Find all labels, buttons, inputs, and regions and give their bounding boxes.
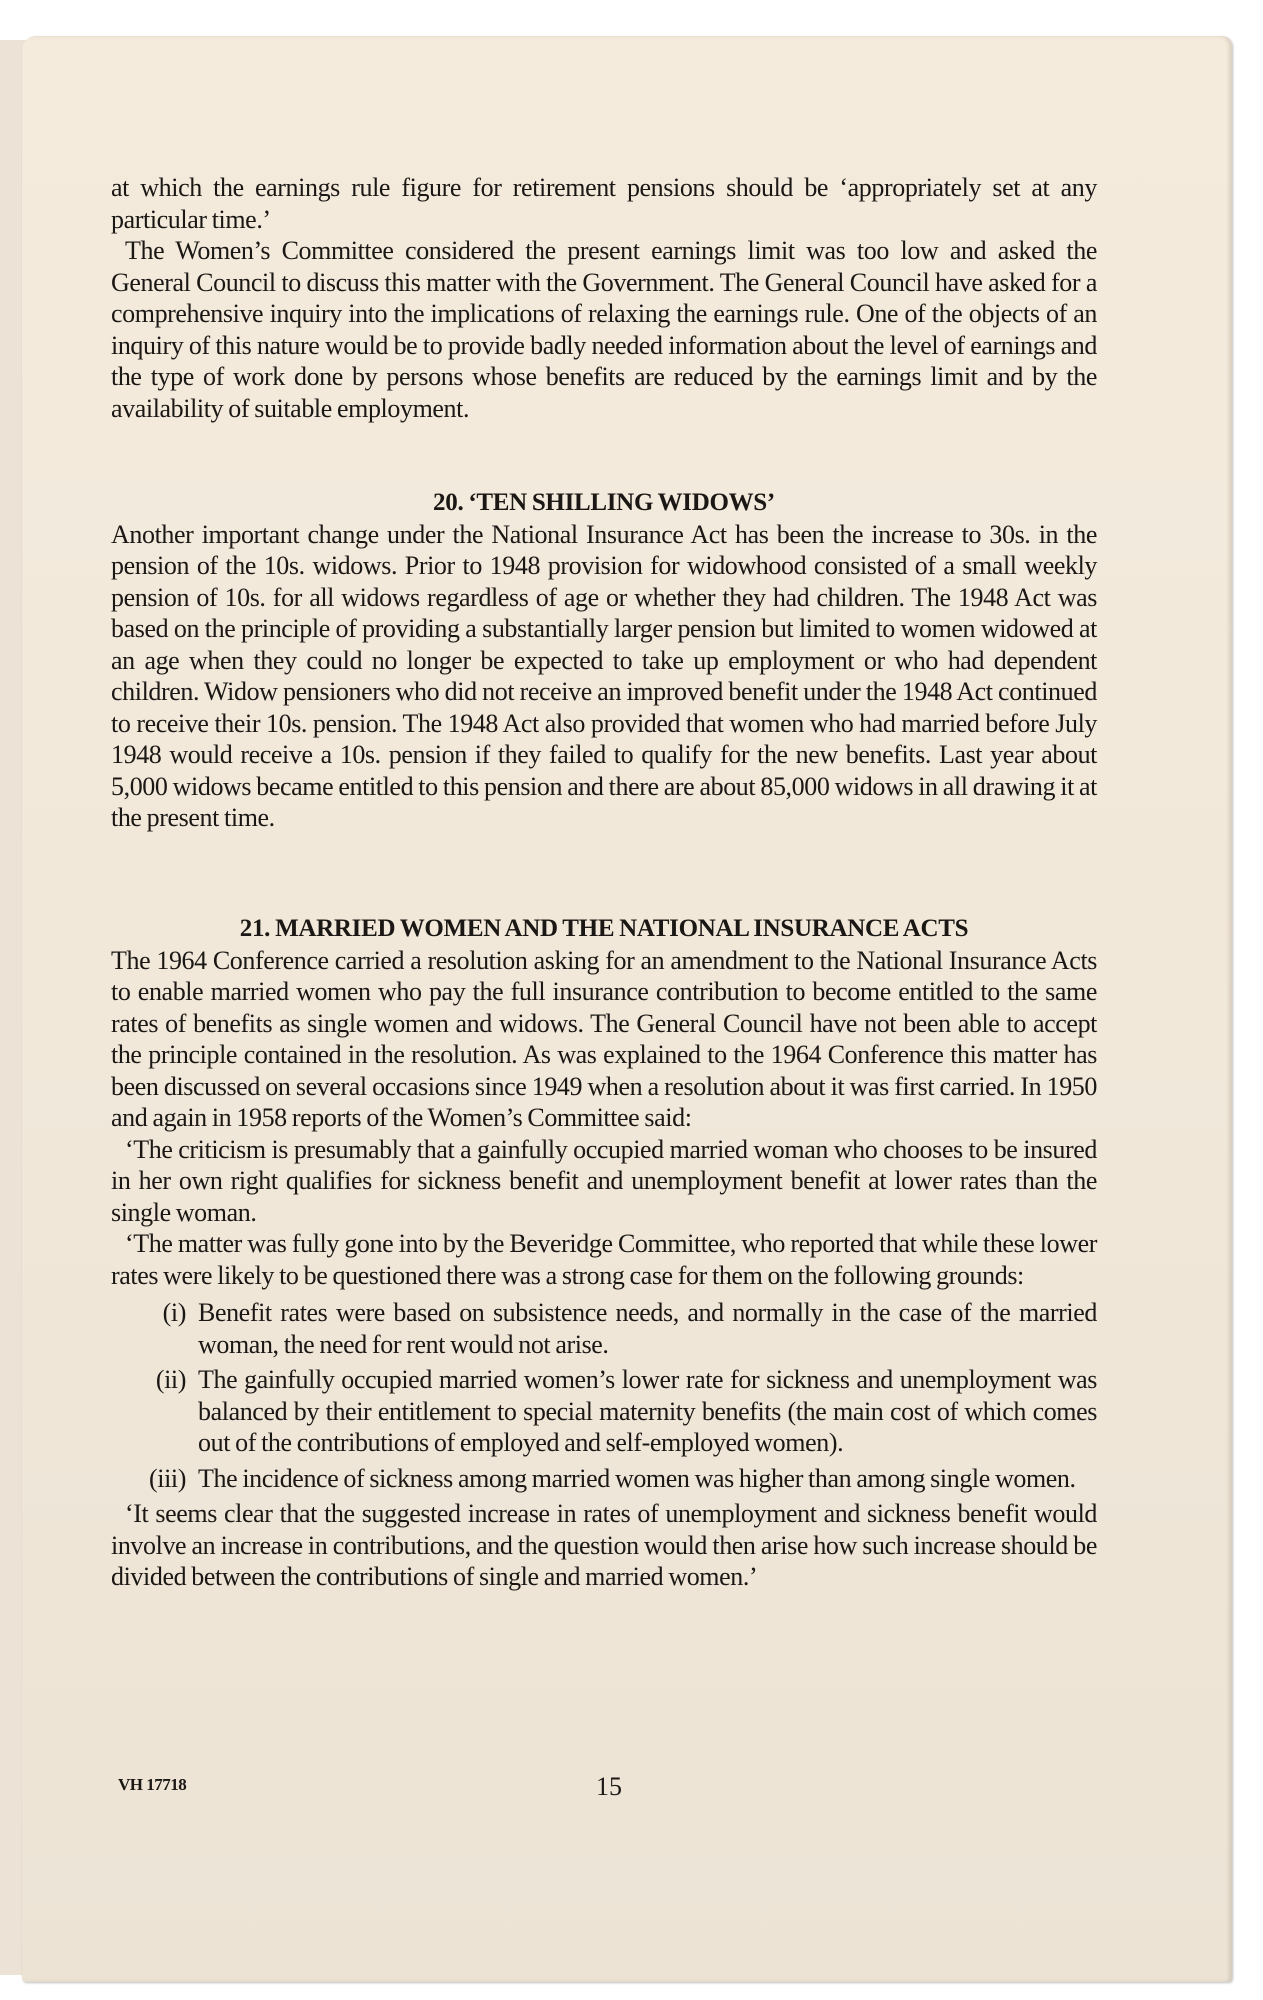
section-21-quote-beveridge: ‘The matter was fully gone into by the B… (111, 1228, 1097, 1291)
list-text-ii: The gainfully occupied married women’s l… (198, 1365, 1097, 1457)
section-20-heading: 20. ‘TEN SHILLING WIDOWS’ (111, 487, 1097, 519)
list-label-i: (i) (111, 1297, 186, 1329)
section-21-paragraph-1: The 1964 Conference carried a resolution… (111, 945, 1097, 1134)
section-21-heading: 21. MARRIED WOMEN AND THE NATIONAL INSUR… (111, 913, 1097, 945)
section-21-quote-criticism: ‘The criticism is presumably that a gain… (111, 1134, 1097, 1229)
intro-section: at which the earnings rule figure for re… (111, 172, 1097, 424)
intro-paragraph-2: The Women’s Committee considered the pre… (111, 235, 1097, 424)
section-20-paragraph-1: Another important change under the Natio… (111, 519, 1097, 834)
section-20: 20. ‘TEN SHILLING WIDOWS’ Another import… (111, 487, 1097, 834)
list-label-iii: (iii) (111, 1463, 186, 1495)
list-label-ii: (ii) (111, 1364, 186, 1396)
grounds-list-item-1: (i) Benefit rates were based on subsiste… (111, 1297, 1097, 1360)
intro-paragraph-1: at which the earnings rule figure for re… (111, 172, 1097, 235)
page-number: 15 (596, 1772, 622, 1802)
print-code: VH 17718 (118, 1775, 186, 1795)
section-21: 21. MARRIED WOMEN AND THE NATIONAL INSUR… (111, 913, 1097, 1593)
list-text-i: Benefit rates were based on subsistence … (198, 1298, 1097, 1359)
list-text-iii: The incidence of sickness among married … (198, 1464, 1076, 1493)
section-21-closing-quote: ‘It seems clear that the suggested incre… (111, 1498, 1097, 1593)
grounds-list-item-2: (ii) The gainfully occupied married wome… (111, 1364, 1097, 1459)
grounds-list-item-3: (iii) The incidence of sickness among ma… (111, 1463, 1097, 1495)
